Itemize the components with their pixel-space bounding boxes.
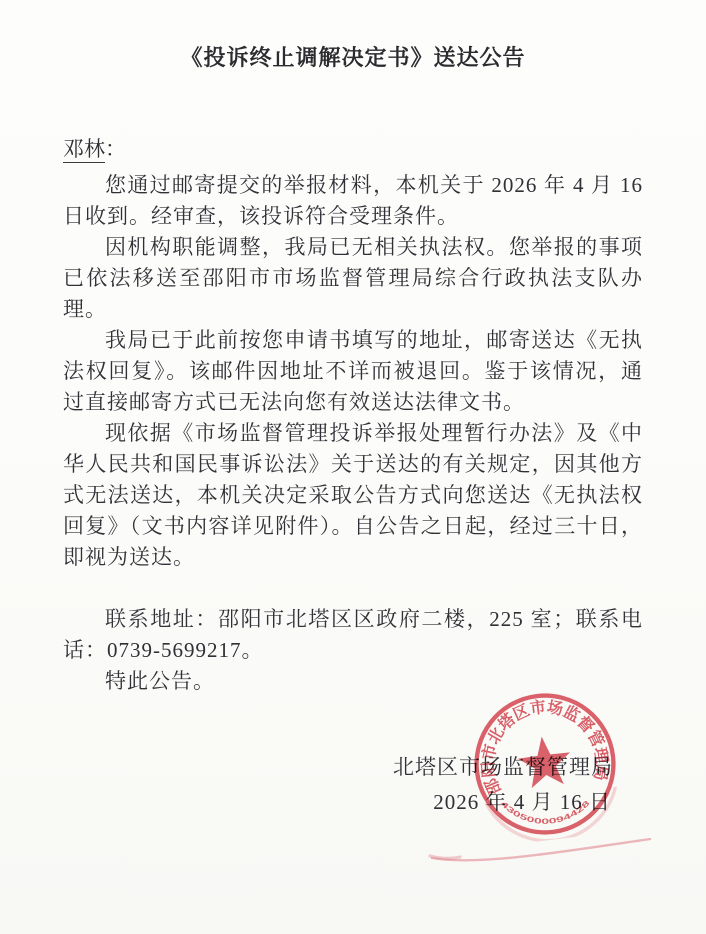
- seal-ink-smear: [422, 826, 662, 872]
- addressee-colon: ：: [105, 137, 126, 161]
- paragraph-returned-mail: 我局已于此前按您申请书填写的地址，邮寄送达《无执法权回复》。该邮件因地址不详而被…: [63, 325, 643, 418]
- page-title: 《投诉终止调解决定书》送达公告: [63, 42, 643, 74]
- addressee-name: 邓林: [63, 137, 105, 163]
- seal-star-icon: [516, 733, 574, 789]
- paragraph-legal-basis: 现依据《市场监督管理投诉举报处理暂行办法》及《中华人民共和国民事诉讼法》关于送达…: [63, 418, 643, 573]
- scanned-document-page: 《投诉终止调解决定书》送达公告 邓林： 您通过邮寄提交的举报材料，本机关于 20…: [0, 0, 706, 934]
- addressee-line: 邓林：: [63, 136, 643, 163]
- paragraph-receipt: 您通过邮寄提交的举报材料，本机关于 2026 年 4 月 16 日收到。经审查，…: [63, 170, 643, 232]
- official-seal: 邵阳市北塔区市场监督管理局 4305000094428: [460, 679, 629, 848]
- paragraph-transfer: 因机构职能调整，我局已无相关执法权。您举报的事项已依法移送至邵阳市市场监督管理局…: [63, 232, 643, 325]
- paragraph-contact-info: 联系地址：邵阳市北塔区区政府二楼，225 室；联系电话：0739-5699217…: [63, 604, 643, 666]
